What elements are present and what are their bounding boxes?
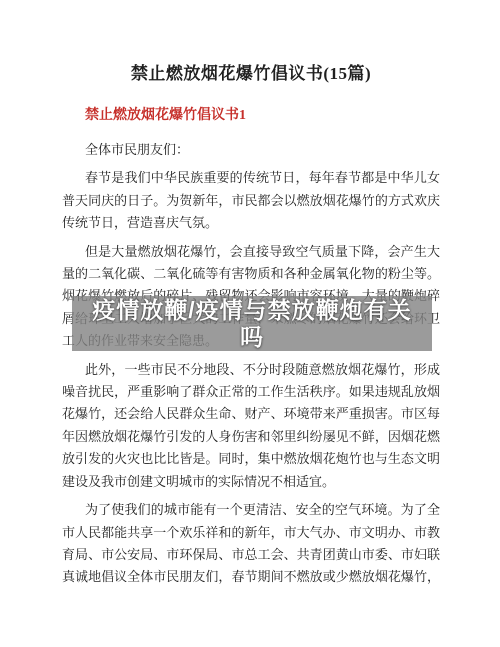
section-heading: 禁止燃放烟花爆竹倡议书1	[85, 106, 440, 126]
paragraph-spring-festival: 春节是我们中华民族重要的传统节日，每年春节都是中华儿女普天同庆的日子。为贺新年，…	[62, 167, 440, 234]
overlay-banner[interactable]: 疫情放鞭/疫情与禁放鞭炮有关 吗	[72, 296, 432, 351]
overlay-title-line2: 吗	[240, 324, 264, 351]
overlay-title-line1: 疫情放鞭/疫情与禁放鞭炮有关	[92, 297, 411, 324]
salutation: 全体市民朋友们：	[62, 139, 440, 161]
document-page: 禁止燃放烟花爆竹倡议书(15篇) 禁止燃放烟花爆竹倡议书1 全体市民朋友们： 春…	[0, 0, 500, 647]
paragraph-noise-safety: 此外，一些市民不分地段、不分时段随意燃放烟花爆竹，形成噪音扰民，严重影响了群众正…	[62, 359, 440, 493]
page-title: 禁止燃放烟花爆竹倡议书(15篇)	[62, 62, 440, 86]
paragraph-proposal: 为了使我们的城市能有一个更清洁、安全的空气环境。为了全市人民都能共享一个欢乐祥和…	[62, 499, 440, 589]
